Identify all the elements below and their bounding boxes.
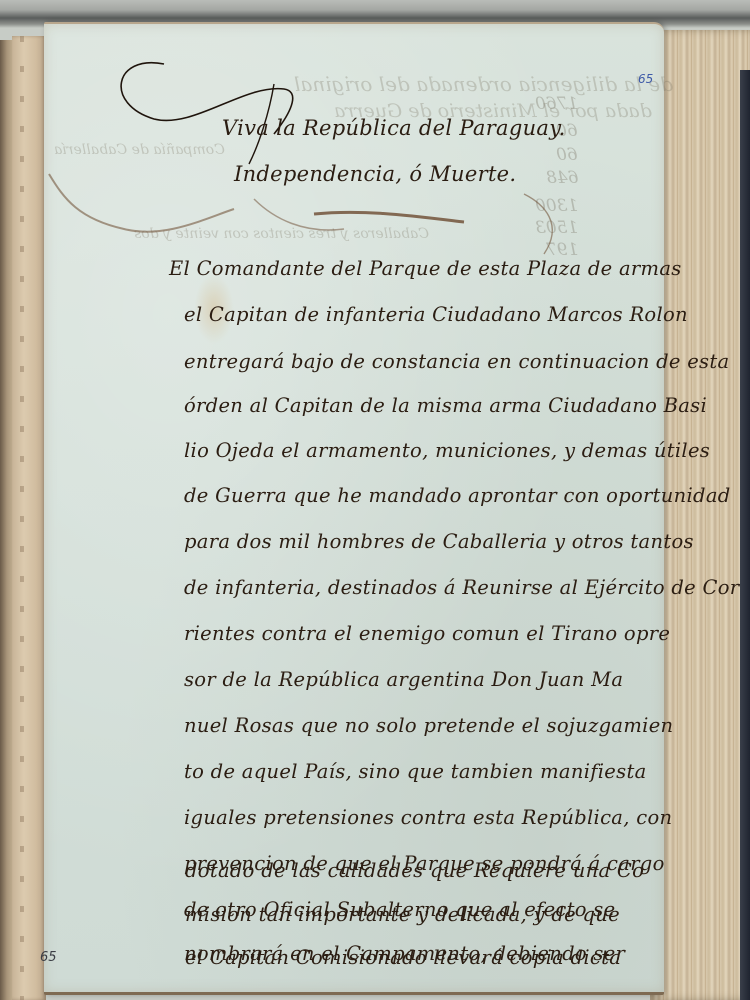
bleed-through-number: 60 bbox=[556, 145, 578, 165]
body-line: El Comandante del Parque de esta Plaza d… bbox=[169, 257, 682, 280]
body-line: iguales pretensiones contra esta Repúbli… bbox=[184, 806, 672, 829]
body-line: entregará bajo de constancia en continua… bbox=[184, 350, 729, 373]
body-line: lio Ojeda el armamento, municiones, y de… bbox=[184, 439, 710, 462]
body-line: de infanteria, destinados á Reunirse al … bbox=[184, 576, 739, 599]
body-line: sor de la República argentina Don Juan M… bbox=[184, 668, 623, 691]
bleed-through-number: 1760 bbox=[535, 94, 578, 114]
bleed-through-number: 648 bbox=[546, 168, 578, 188]
body-line: para dos mil hombres de Caballeria y otr… bbox=[184, 530, 694, 553]
body-line: el Capitan Comisionado llevará copia dic… bbox=[185, 946, 621, 969]
bleed-through-line: de la diligencia ordenada del original bbox=[294, 72, 673, 96]
manuscript-page: de la diligencia ordenada del original d… bbox=[44, 22, 664, 995]
bleed-through-number: 1300 bbox=[535, 196, 578, 216]
document-scan: de la diligencia ordenada del original d… bbox=[0, 0, 750, 1000]
body-line: to de aquel País, sino que tambien manif… bbox=[184, 760, 647, 783]
bleed-through-line: Compañía de Caballería bbox=[54, 142, 225, 158]
bleed-through-number: 1503 bbox=[535, 218, 578, 238]
header-line-2: Independencia, ó Muerte. bbox=[234, 162, 516, 186]
left-page-edge bbox=[12, 36, 46, 1000]
body-line: órden al Capitan de la misma arma Ciudad… bbox=[184, 394, 707, 417]
body-line: dotado de las calidades que Requiere una… bbox=[185, 859, 644, 882]
folio-number-top: 65 bbox=[638, 72, 653, 86]
body-line: mision tan importante y delicada, y de q… bbox=[185, 903, 620, 926]
body-line: el Capitan de infanteria Ciudadano Marco… bbox=[184, 303, 688, 326]
header-line-1: Viva la República del Paraguay. bbox=[222, 116, 566, 140]
folio-number-bottom: 65 bbox=[40, 950, 57, 965]
bleed-through-line: Caballeros y tres cientos con veinte y d… bbox=[134, 226, 429, 242]
body-line: nuel Rosas que no solo pretende el sojuz… bbox=[184, 714, 673, 737]
body-line: de Guerra que he mandado aprontar con op… bbox=[184, 484, 731, 507]
right-page-stack bbox=[650, 30, 750, 1000]
body-line: rientes contra el enemigo comun el Tiran… bbox=[184, 622, 670, 645]
